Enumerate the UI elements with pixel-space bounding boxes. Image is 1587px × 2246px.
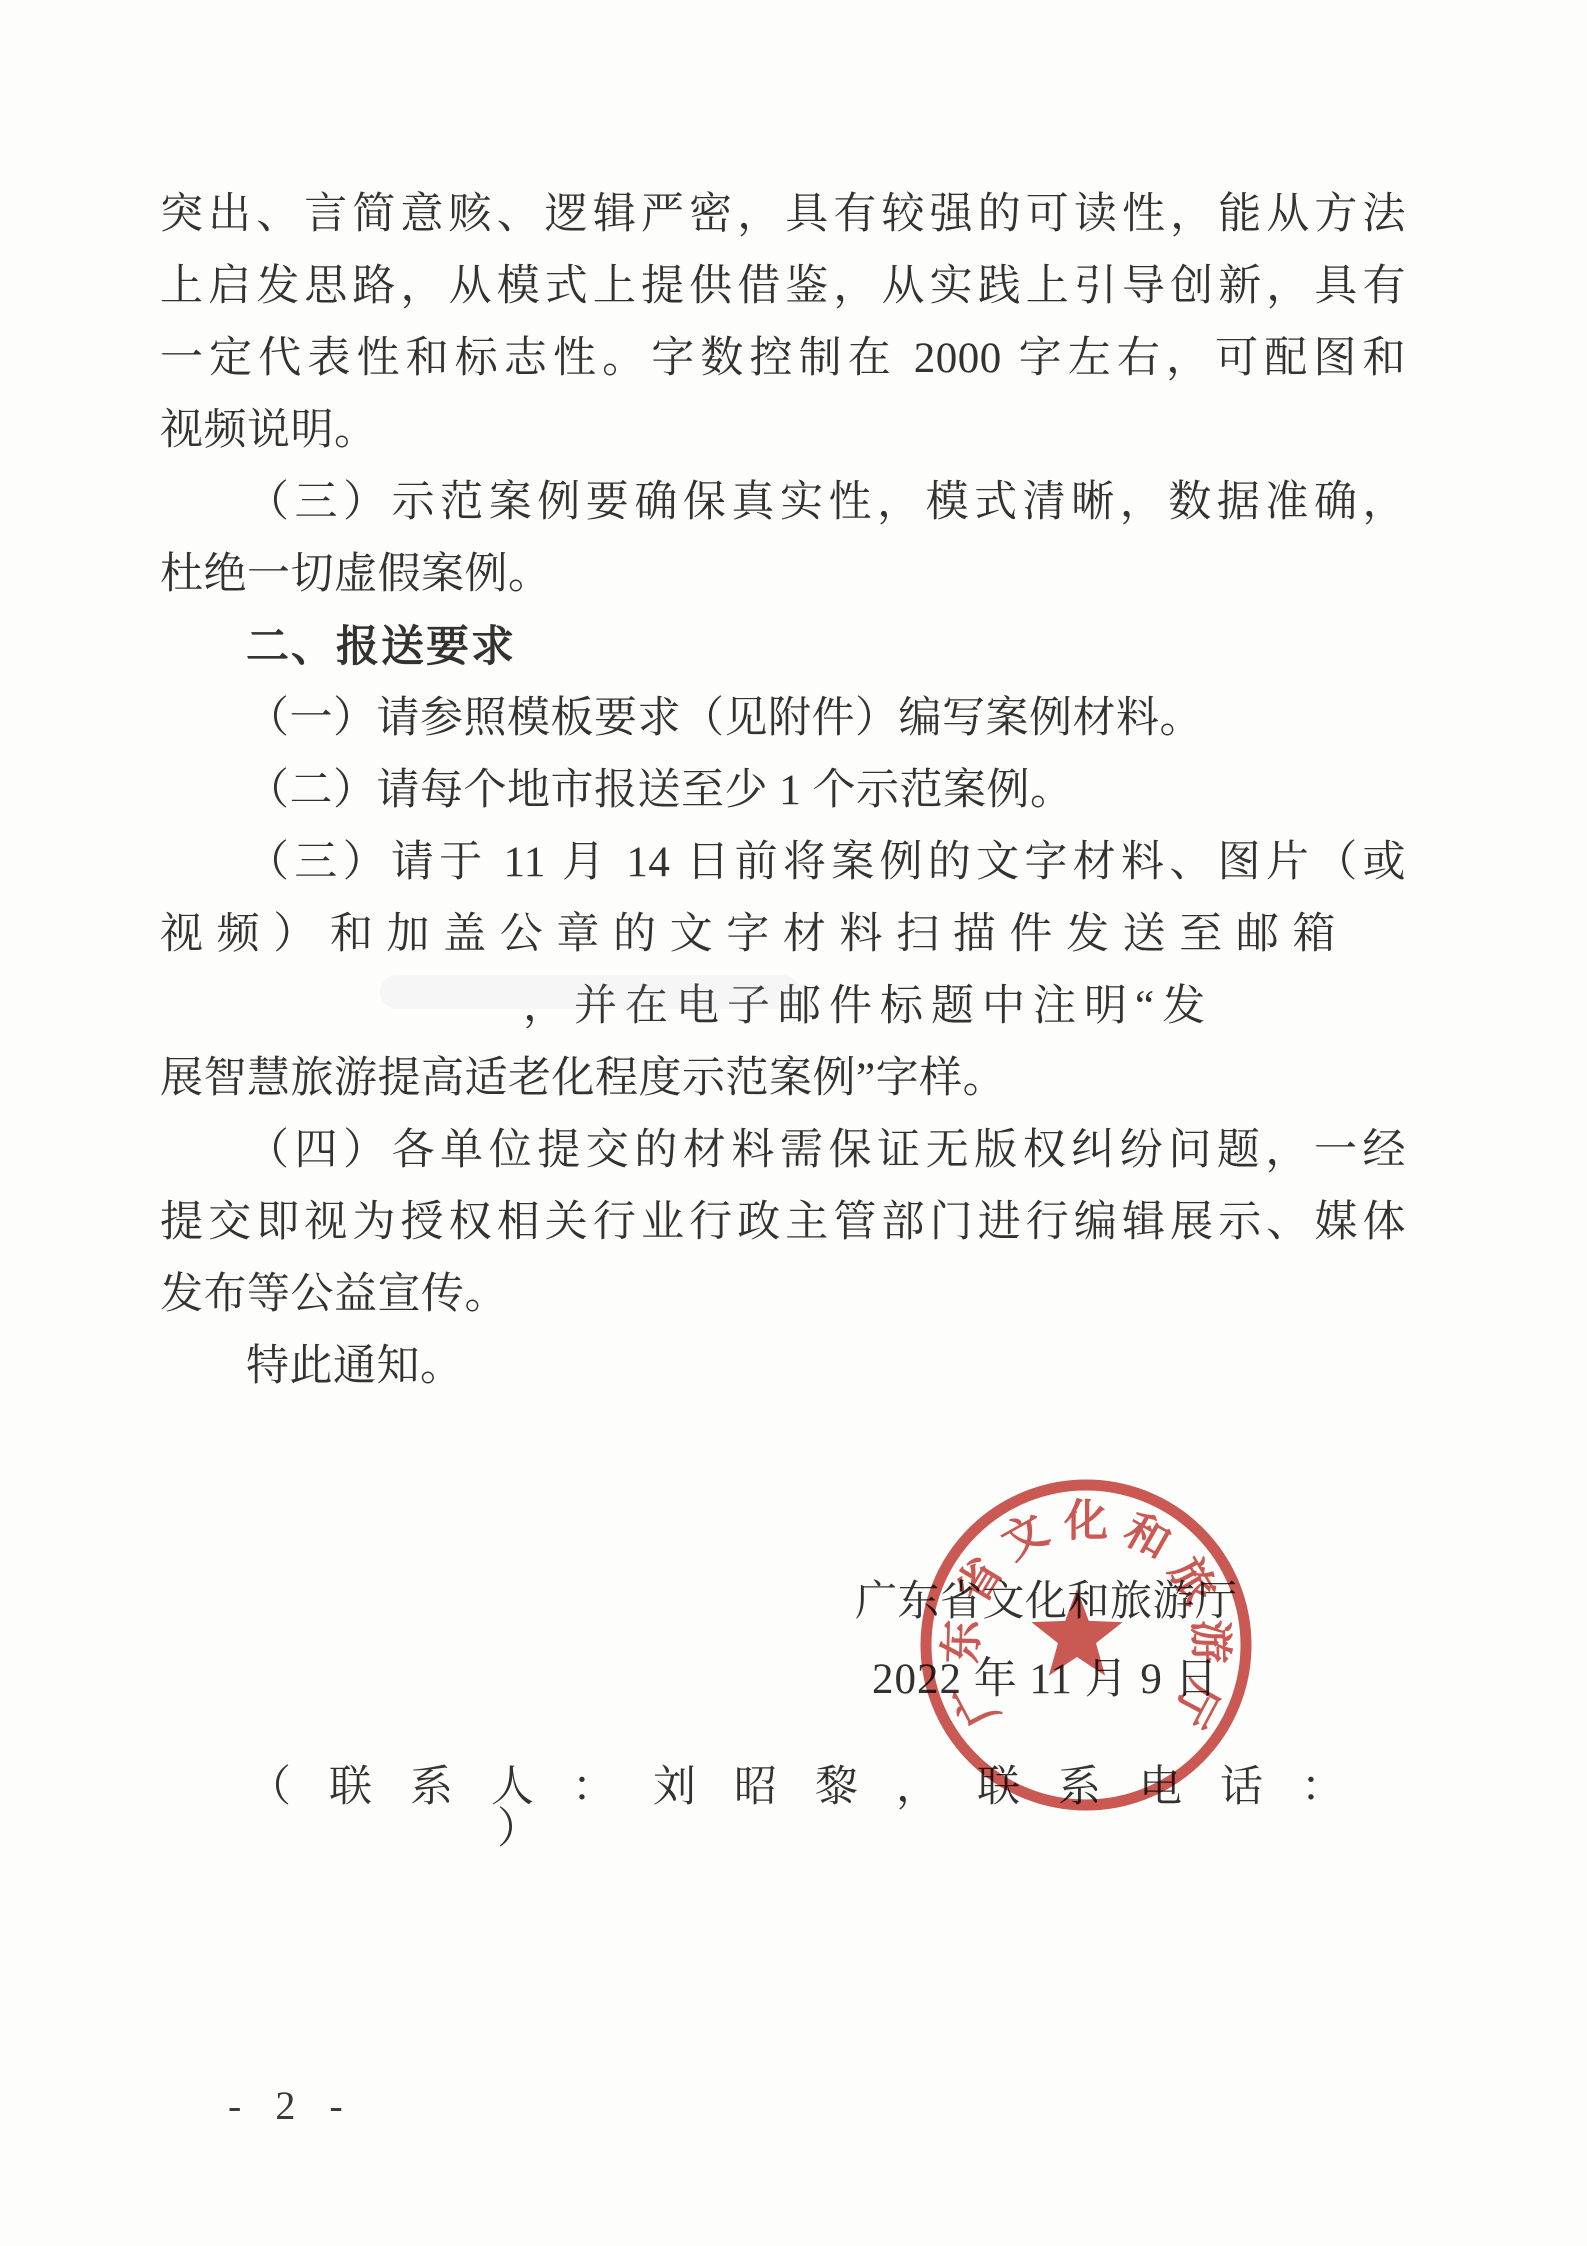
- body-line: （二）请每个地市报送至少 1 个示范案例。: [160, 755, 1406, 827]
- seal-arc-char: 东: [937, 1619, 987, 1664]
- contact-line-close-paren: ）: [497, 1794, 540, 1866]
- document-page: 突出、言简意赅、逻辑严密，具有较强的可读性，能从方法 上启发思路，从模式上提供借…: [0, 0, 1587, 2246]
- body-line: （四）各单位提交的材料需保证无版权纠纷问题，一经: [160, 1115, 1406, 1187]
- seal-arc-char: 化: [1063, 1497, 1108, 1546]
- body-line: 上启发思路，从模式上提供借鉴，从实践上引导创新，具有: [160, 251, 1406, 323]
- seal-arc-char: 厅: [1164, 1672, 1228, 1734]
- seal-arc-char: 游: [1185, 1619, 1235, 1664]
- body-line: （一）请参照模板要求（见附件）编写案例材料。: [160, 683, 1406, 755]
- body-line: 提交即视为授权相关行业行政主管部门进行编辑展示、媒体: [160, 1187, 1406, 1259]
- seal-star-icon: [1031, 1589, 1122, 1676]
- official-seal-stamp-icon: 广东省文化和旅游厅: [912, 1471, 1260, 1819]
- body-line: 展智慧旅游提高适老化程度示范案例”字样。: [160, 1043, 1406, 1115]
- body-line: 视频说明。: [160, 395, 1406, 467]
- body-line: 一定代表性和标志性。字数控制在 2000 字左右，可配图和: [160, 323, 1406, 395]
- document-body: 突出、言简意赅、逻辑严密，具有较强的可读性，能从方法 上启发思路，从模式上提供借…: [160, 179, 1406, 1403]
- body-line: 杜绝一切虚假案例。: [160, 539, 1406, 611]
- redaction-artifact: [380, 975, 800, 1009]
- body-line: 突出、言简意赅、逻辑严密，具有较强的可读性，能从方法: [160, 179, 1406, 251]
- page-number: - 2 -: [228, 2082, 355, 2129]
- seal-arc-char: 广: [945, 1672, 1009, 1734]
- body-line: （三）示范案例要确保真实性，模式清晰，数据准确，: [160, 467, 1406, 539]
- body-line: （三）请于 11 月 14 日前将案例的文字材料、图片（或: [160, 827, 1406, 899]
- body-line: 特此通知。: [160, 1331, 1406, 1403]
- body-line: 视频）和加盖公章的文字材料扫描件发送至邮箱: [160, 899, 1336, 971]
- body-line: 发布等公益宣传。: [160, 1259, 1406, 1331]
- section-heading-submission-requirements: 二、报送要求: [160, 611, 1406, 683]
